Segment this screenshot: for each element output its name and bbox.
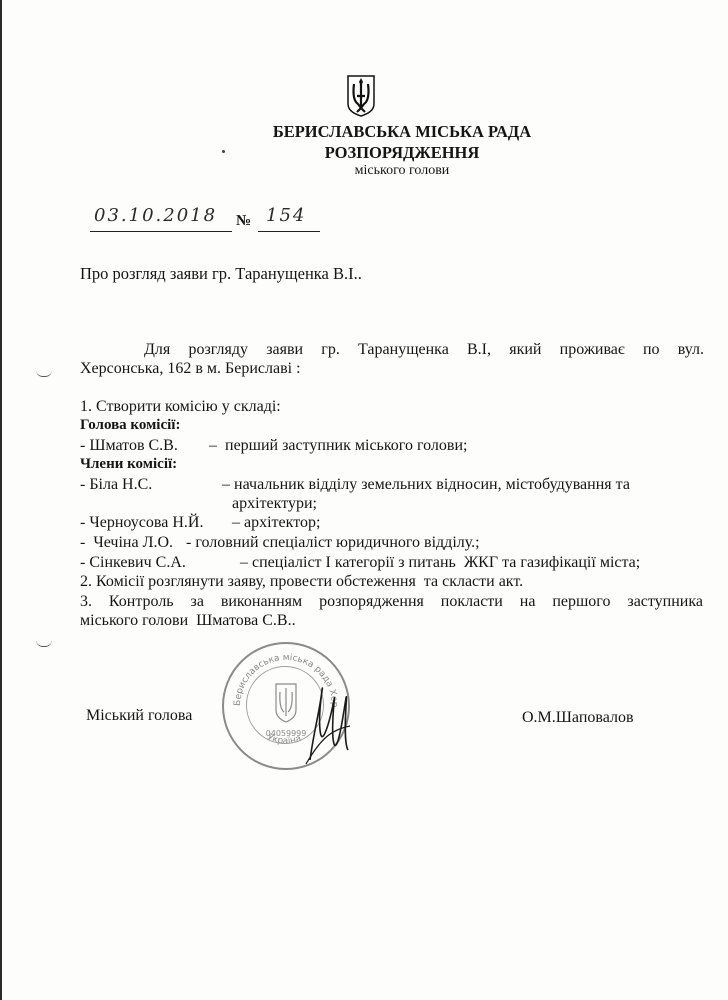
item-3-line-1: 3. Контроль за виконанням розпорядження … xyxy=(80,592,703,611)
document-type: РОЗПОРЯДЖЕННЯ xyxy=(38,143,728,163)
member-role-continued: архітектури; xyxy=(232,494,317,513)
member-role: - головний спеціаліст юридичного відділу… xyxy=(186,533,480,552)
signatory-title: Міський голова xyxy=(86,706,192,725)
member-name: - Черноусова Н.Й. xyxy=(80,513,203,532)
commission-head-role: – перший заступник міського голови; xyxy=(209,436,467,455)
preamble-line-2: Херсонська, 162 в м. Бериславі : xyxy=(80,359,301,378)
date-underline xyxy=(90,231,232,232)
signatory-name: О.М.Шаповалов xyxy=(522,708,634,727)
trident-coat-of-arms-icon xyxy=(346,74,376,118)
member-role: – спеціаліст I категорії з питань ЖКГ та… xyxy=(240,553,640,572)
number-label: № xyxy=(236,213,251,230)
item-2: 2. Комісії розглянути заяву, провести об… xyxy=(80,572,523,591)
item-1: 1. Створити комісію у складі: xyxy=(80,397,281,416)
member-role: – архітектор; xyxy=(232,513,320,532)
member-role: – начальник відділу земельних відносин, … xyxy=(222,475,630,494)
handwritten-number: 154 xyxy=(266,205,306,226)
handwritten-signature xyxy=(300,670,360,770)
punch-hole-mark xyxy=(36,640,52,647)
document-subject: Про розгляд заяви гр. Таранущенка В.І.. xyxy=(80,264,362,283)
commission-members-label: Члени комісії: xyxy=(80,455,177,474)
organization-name: БЕРИСЛАВСЬКА МІСЬКА РАДА xyxy=(38,122,728,142)
item-3-line-2: міського голови Шматова С.В.. xyxy=(80,611,296,630)
handwritten-date: 03.10.2018 xyxy=(94,205,217,226)
commission-head-name: - Шматов С.В. xyxy=(80,436,178,455)
scan-edge xyxy=(0,0,2,1000)
member-name: - Біла Н.С. xyxy=(80,475,152,494)
number-underline xyxy=(258,231,320,232)
document-issuer: міського голови xyxy=(38,163,728,179)
punch-hole-mark xyxy=(36,370,52,377)
commission-head-label: Голова комісії: xyxy=(80,416,180,435)
member-name: - Сінкевич С.А. xyxy=(80,553,186,572)
preamble-line-1: Для розгляду заяви гр. Таранущенка В.І, … xyxy=(144,340,704,359)
member-name: - Чечіна Л.О. xyxy=(80,533,173,552)
